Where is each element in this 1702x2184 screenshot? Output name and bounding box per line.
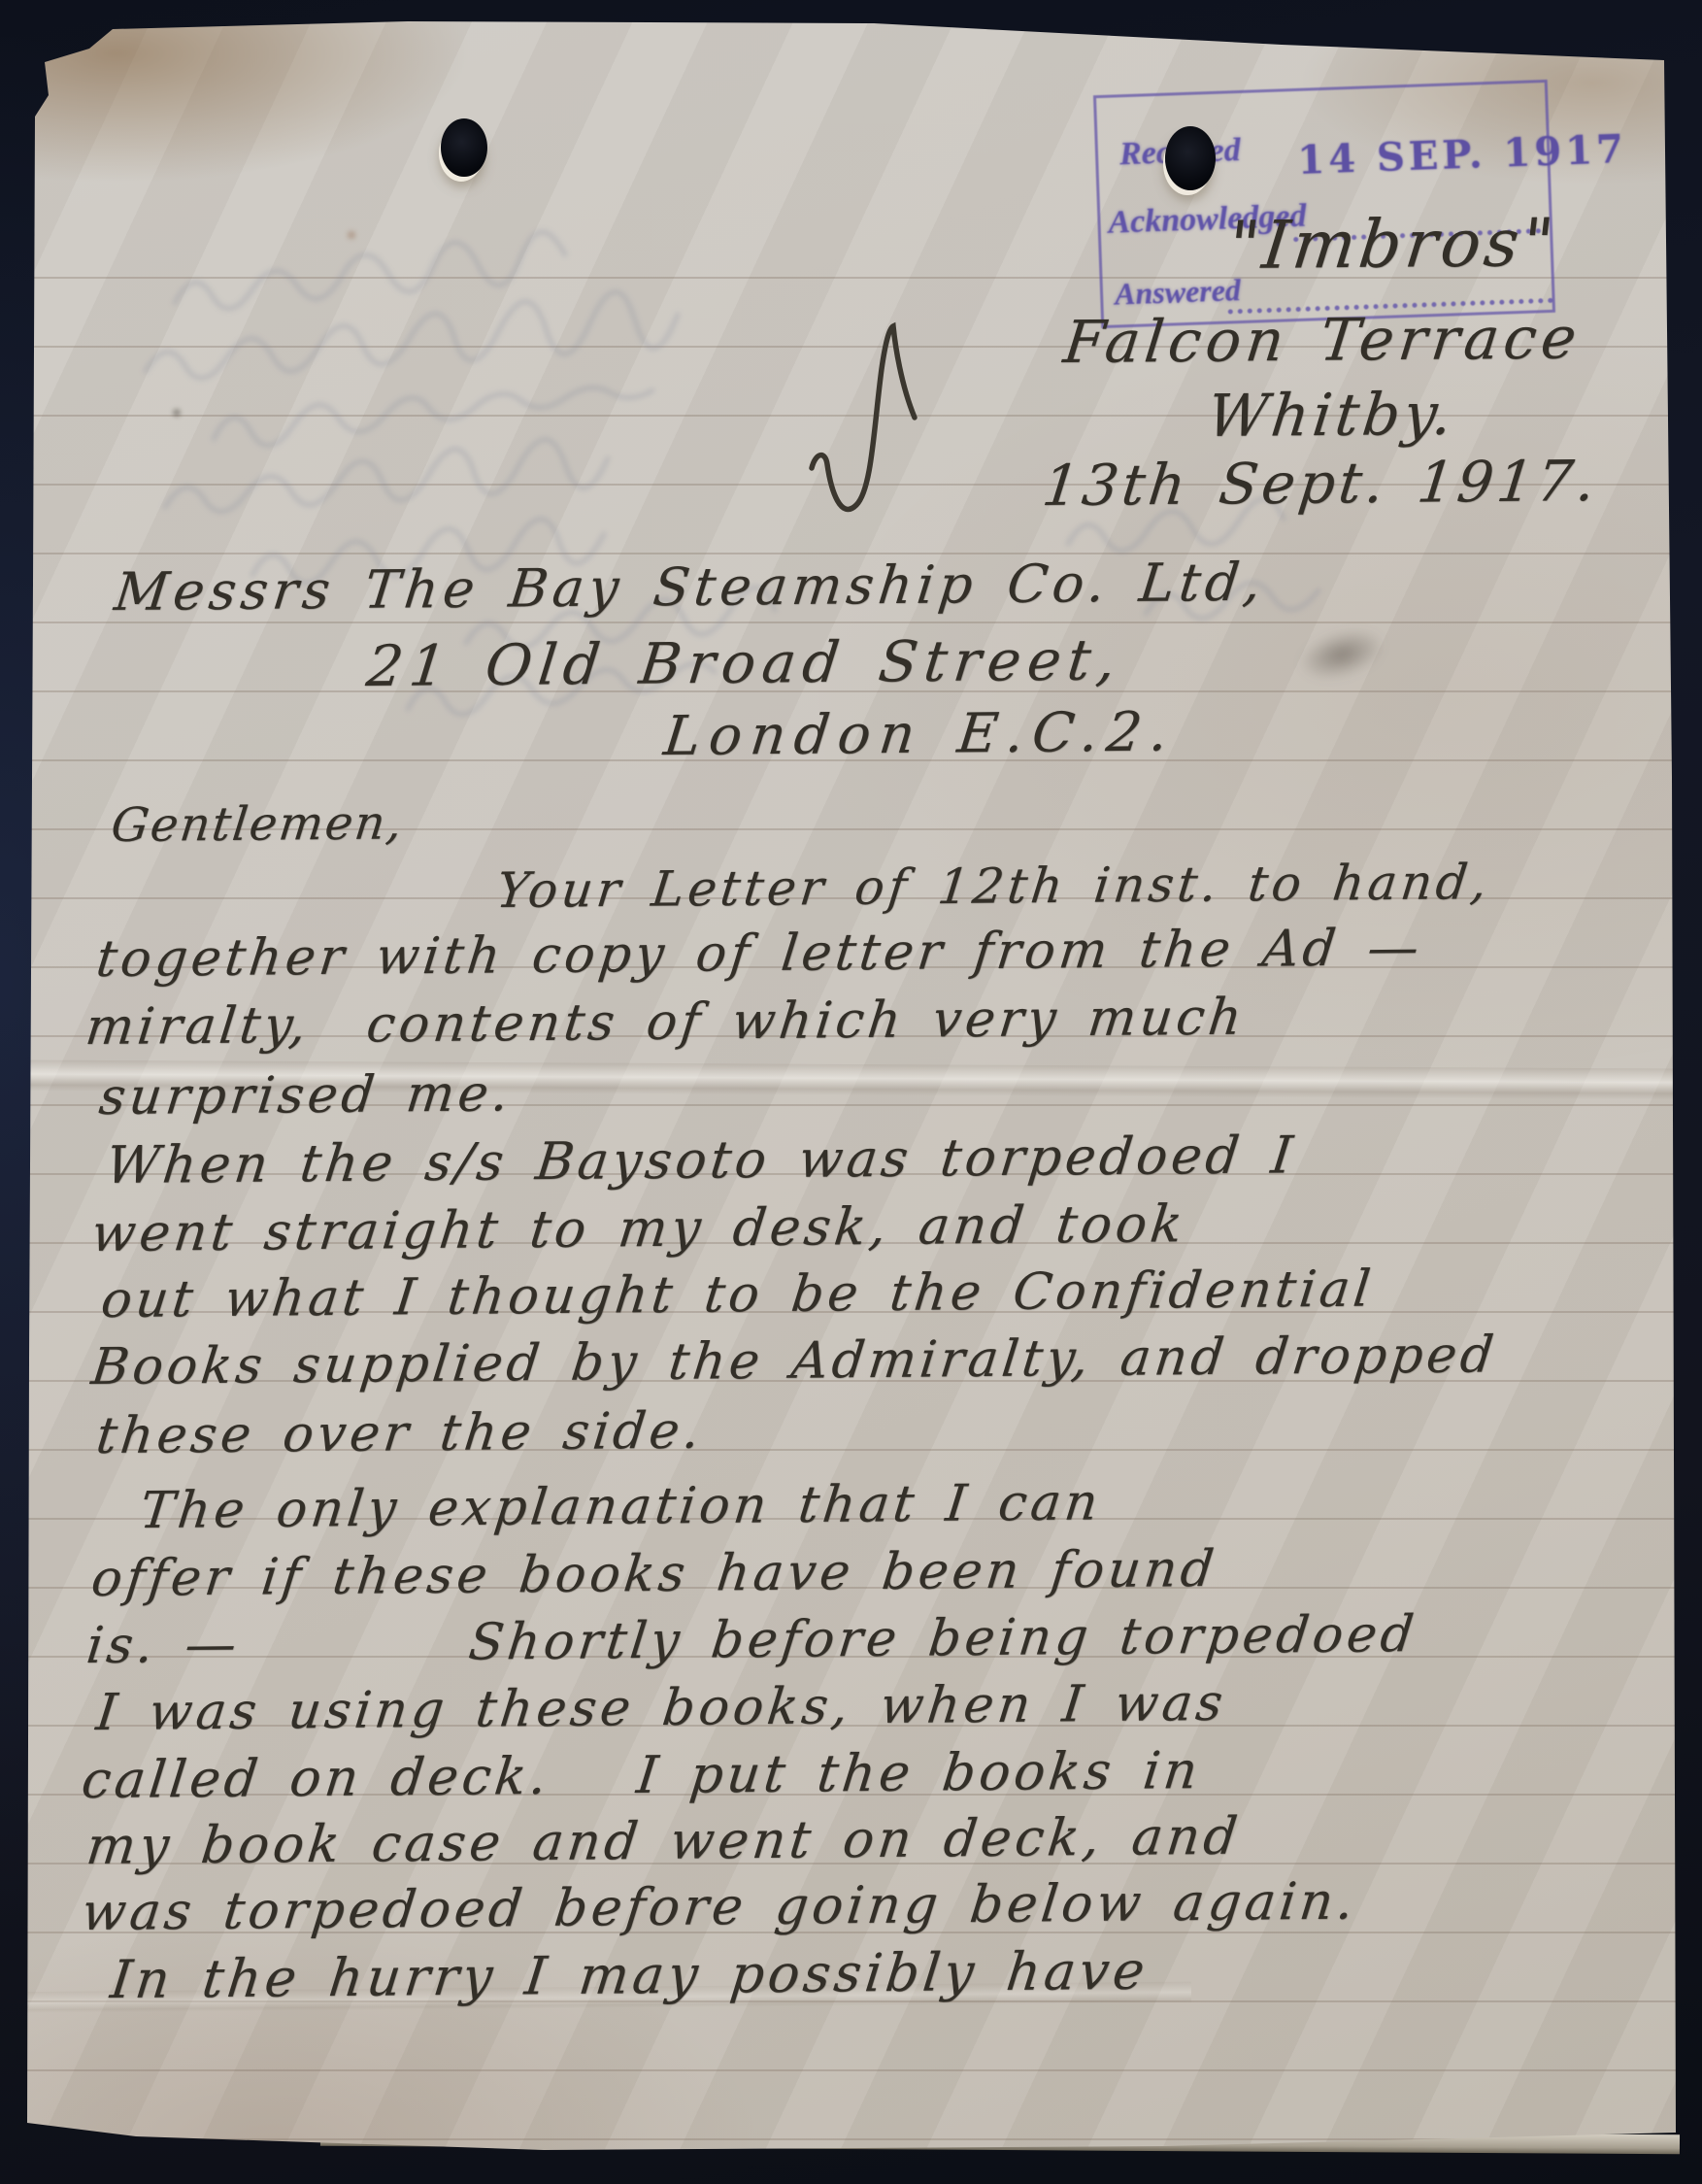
ink-flourish	[0, 0, 1702, 2184]
photo-background: Received 14 SEP. 1917 Acknowledged Answe…	[0, 0, 1702, 2184]
punch-hole-left	[441, 118, 487, 177]
punch-hole-right	[1165, 126, 1216, 190]
letter-paper: Received 14 SEP. 1917 Acknowledged Answe…	[0, 0, 1702, 2184]
